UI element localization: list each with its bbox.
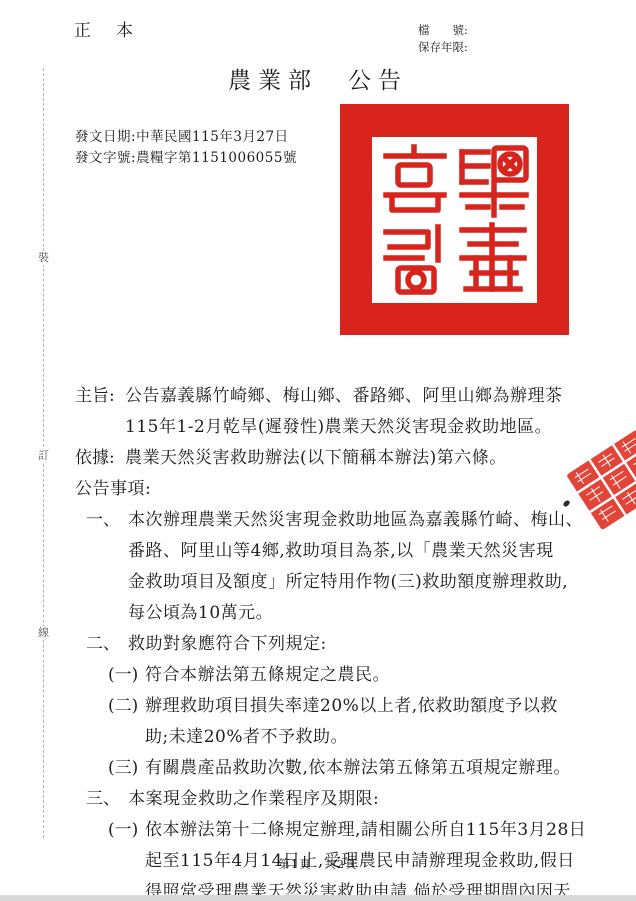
binding-mark-xian: 線 (36, 626, 51, 640)
subitem-marker: (三) (108, 753, 145, 784)
copy-type-label: 正 本 (74, 16, 137, 41)
file-number-label: 檔 號: (418, 22, 468, 39)
subitem-marker: (一) (108, 660, 145, 691)
retention-period-label: 保存年限: (418, 39, 468, 56)
document-body: 主旨: 公告嘉義縣竹崎鄉、梅山鄉、番路鄉、阿里山鄉為辦理茶 115年1-2月乾旱… (75, 381, 571, 901)
issue-date-label: 發文日期: (75, 129, 136, 145)
item-2-sub-2: (二) 辦理救助項目損失率達20%以上者,依救助額度予以救 助;未達20%者不予… (108, 691, 571, 753)
subitem-content: 有關農產品救助次數,依本辦法第五條第五項規定辦理。 (145, 753, 571, 784)
item-2-sub-1: (一) 符合本辦法第五條規定之農民。 (108, 660, 571, 691)
item-content: 本次辦理農業天然災害現金救助地區為嘉義縣竹崎、梅山、 番路、阿里山等4鄉,救助項… (128, 505, 571, 629)
subject-content: 公告嘉義縣竹崎鄉、梅山鄉、番路鄉、阿里山鄉為辦理茶 115年1-2月乾旱(遲發性… (125, 381, 571, 443)
basis-line: 農業天然災害救助辦法(以下簡稱本辦法)第六條。 (125, 443, 571, 474)
ministry-seal-icon (340, 104, 569, 335)
subject-line: 公告嘉義縣竹崎鄉、梅山鄉、番路鄉、阿里山鄉為辦理茶 (125, 381, 571, 412)
issue-date-value: 中華民國115年3月27日 (136, 129, 289, 145)
item-line: 本案現金救助之作業程序及期限: (128, 784, 571, 815)
item-content: 本案現金救助之作業程序及期限: (128, 784, 571, 815)
doc-number-value: 農糧字第1151006055號 (136, 150, 297, 166)
basis-label: 依據: (75, 443, 125, 474)
page-bottom-edge (0, 895, 636, 901)
subject-line: 115年1-2月乾旱(遲發性)農業天然災害現金救助地區。 (125, 412, 571, 443)
document-meta: 發文日期:中華民國115年3月27日 發文字號:農糧字第1151006055號 (75, 127, 297, 169)
item-line: 每公頃為10萬元。 (128, 598, 571, 629)
doc-number-label: 發文字號: (75, 150, 136, 166)
basis-paragraph: 依據: 農業天然災害救助辦法(以下簡稱本辦法)第六條。 (75, 443, 571, 474)
file-info-block: 檔 號: 保存年限: (418, 22, 468, 56)
binding-mark-zhuang: 裝 (36, 251, 51, 265)
binding-mark-ding: 訂 (36, 449, 51, 463)
subitem-line: 辦理救助項目損失率達20%以上者,依救助額度予以救 (145, 691, 571, 722)
page-number: 第1頁 共2頁 (0, 856, 636, 872)
item-3: 三、 本案現金救助之作業程序及期限: (86, 784, 571, 815)
basis-content: 農業天然災害救助辦法(以下簡稱本辦法)第六條。 (125, 443, 571, 474)
subject-paragraph: 主旨: 公告嘉義縣竹崎鄉、梅山鄉、番路鄉、阿里山鄉為辦理茶 115年1-2月乾旱… (75, 381, 571, 443)
subitem-line: 符合本辦法第五條規定之農民。 (145, 660, 571, 691)
subitem-line: 助;未達20%者不予救助。 (145, 722, 571, 753)
item-1: 一、 本次辦理農業天然災害現金救助地區為嘉義縣竹崎、梅山、 番路、阿里山等4鄉,… (86, 505, 571, 629)
subitem-line: 有關農產品救助次數,依本辦法第五條第五項規定辦理。 (145, 753, 571, 784)
subitem-marker: (一) (108, 815, 145, 846)
document-title: 農業部 公告 (0, 62, 636, 95)
subitem-marker: (二) (108, 691, 145, 722)
subitem-line: 依本辦法第十二條規定辦理,請相關公所自115年3月28日 (145, 815, 571, 846)
issue-date-line: 發文日期:中華民國115年3月27日 (75, 127, 297, 148)
subitem-content: 符合本辦法第五條規定之農民。 (145, 660, 571, 691)
item-line: 番路、阿里山等4鄉,救助項目為茶,以「農業天然災害現 (128, 536, 571, 567)
item-line: 金救助項目及額度」所定特用作物(三)救助額度辦理救助, (128, 567, 571, 598)
item-marker: 二、 (86, 629, 128, 660)
item-marker: 一、 (86, 505, 128, 536)
official-document-page: 裝 訂 線 正 本 檔 號: 保存年限: 農業部 公告 發文日期:中華民國115… (0, 0, 636, 901)
item-2-sub-3: (三) 有關農產品救助次數,依本辦法第五條第五項規定辦理。 (108, 753, 571, 784)
item-content: 救助對象應符合下列規定: (128, 629, 571, 660)
subject-label: 主旨: (75, 381, 125, 412)
item-2: 二、 救助對象應符合下列規定: (86, 629, 571, 660)
doc-number-line: 發文字號:農糧字第1151006055號 (75, 148, 297, 169)
item-marker: 三、 (86, 784, 128, 815)
item-line: 本次辦理農業天然災害現金救助地區為嘉義縣竹崎、梅山、 (128, 505, 571, 536)
item-line: 救助對象應符合下列規定: (128, 629, 571, 660)
subitem-content: 辦理救助項目損失率達20%以上者,依救助額度予以救 助;未達20%者不予救助。 (145, 691, 571, 753)
matters-heading: 公告事項: (75, 474, 571, 505)
